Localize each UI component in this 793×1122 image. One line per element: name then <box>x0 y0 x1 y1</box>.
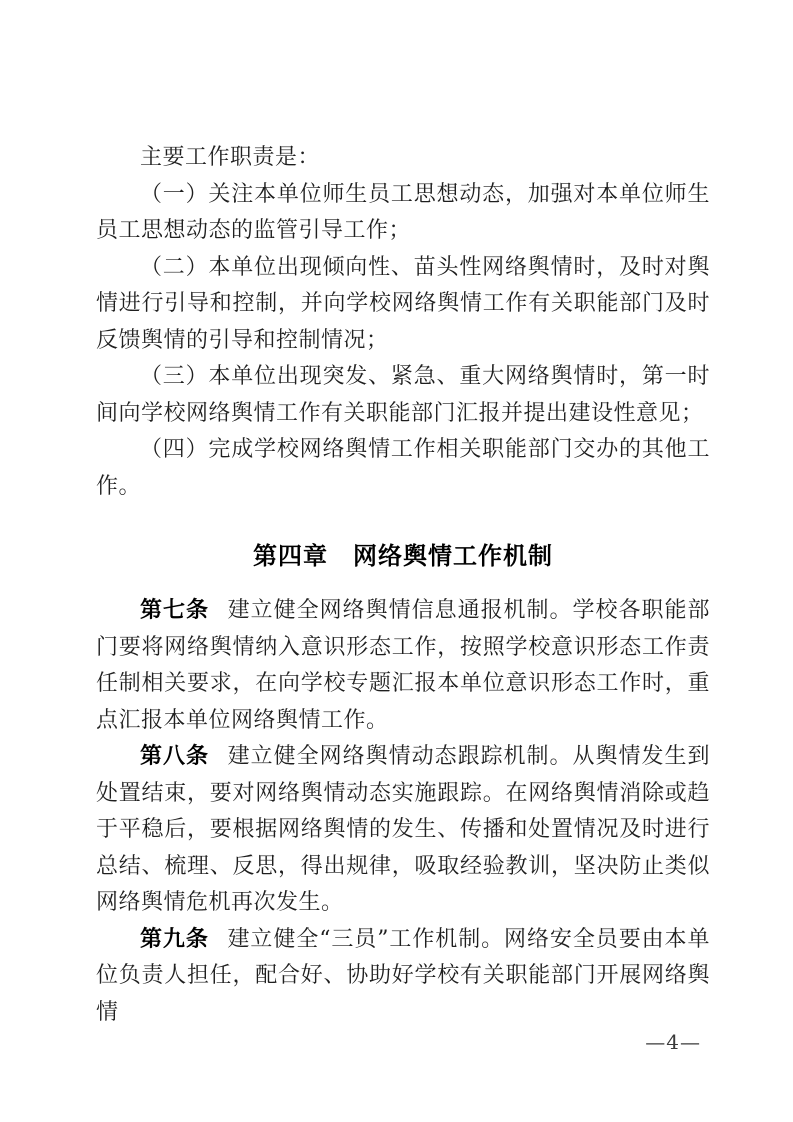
article-8-text: 建立健全网络舆情动态跟踪机制。从舆情发生到处置结束，要对网络舆情动态实施跟踪。在… <box>96 744 710 915</box>
paragraph-duty-4: （四）完成学校网络舆情工作相关职能部门交办的其他工作。 <box>96 432 710 505</box>
article-8: 第八条建立健全网络舆情动态跟踪机制。从舆情发生到处置结束，要对网络舆情动态实施跟… <box>96 739 710 922</box>
paragraph-duty-1: （一）关注本单位师生员工思想动态，加强对本单位师生员工思想动态的监管引导工作； <box>96 177 710 250</box>
chapter-heading: 第四章 网络舆情工作机制 <box>96 538 710 574</box>
paragraph-duty-3: （三）本单位出现突发、紧急、重大网络舆情时，第一时间向学校网络舆情工作有关职能部… <box>96 359 710 432</box>
article-7-term: 第七条 <box>140 598 209 623</box>
article-8-term: 第八条 <box>140 744 209 769</box>
paragraph-duty-2: （二）本单位出现倾向性、苗头性网络舆情时，及时对舆情进行引导和控制，并向学校网络… <box>96 250 710 360</box>
paragraph-duties-lead: 主要工作职责是： <box>96 140 710 177</box>
article-7: 第七条建立健全网络舆情信息通报机制。学校各职能部门要将网络舆情纳入意识形态工作，… <box>96 593 710 739</box>
article-9-term: 第九条 <box>140 927 209 952</box>
document-body: 主要工作职责是： （一）关注本单位师生员工思想动态，加强对本单位师生员工思想动态… <box>96 140 710 1031</box>
article-9: 第九条建立健全“三员”工作机制。网络安全员要由本单位负责人担任，配合好、协助好学… <box>96 922 710 1032</box>
document-page: 主要工作职责是： （一）关注本单位师生员工思想动态，加强对本单位师生员工思想动态… <box>0 0 793 1122</box>
page-number: —4— <box>645 1030 701 1054</box>
